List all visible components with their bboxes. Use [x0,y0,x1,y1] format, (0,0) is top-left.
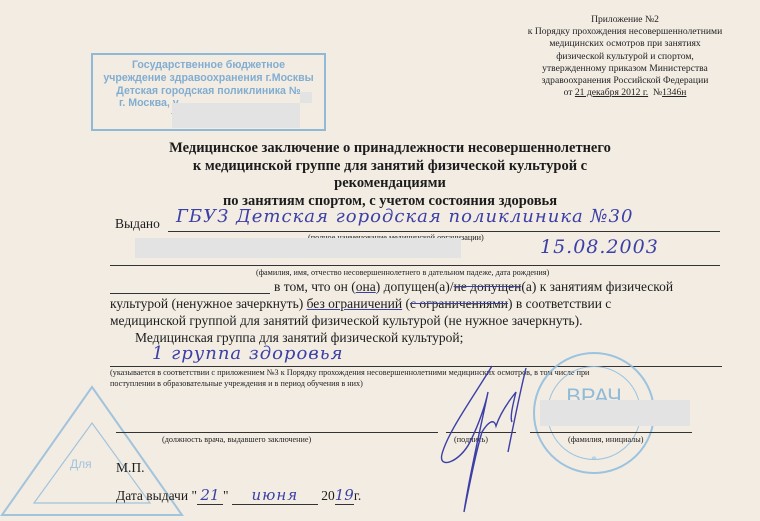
group-value: 1 группа здоровья [152,343,344,364]
signature-icon [430,362,540,521]
position-line [116,431,438,433]
patient-line [110,264,720,266]
issue-date: Дата выдачи "21" июня 2019г. [116,486,361,505]
group-line: медицинской группой для занятий физическ… [110,312,583,329]
name-caption: (фамилия, инициалы) [568,435,643,445]
issue-year: 19 [335,486,354,505]
appendix-line: здравоохранения Российской Федерации [505,75,745,87]
patient-caption: (фамилия, имя, отчество несовершеннолетн… [256,268,549,278]
appendix-line: утвержденному приказом Министерства [505,63,745,75]
admission-line: в том, что он (она) допущен(а)/не допуще… [274,278,734,295]
appendix-header: Приложение №2 к Порядку прохождения несо… [505,14,745,99]
issued-to-value: ГБУЗ Детская городская поликлиника №30 [176,206,633,227]
issue-month: июня [232,486,318,505]
redaction-box [300,92,312,103]
redaction-box [135,238,461,258]
order-date: 21 декабря 2012 г. [575,87,648,98]
appendix-order: от 21 декабря 2012 г. №1346н [505,87,745,99]
restriction-line: культурой (ненужное зачеркнуть) без огра… [110,295,735,312]
blank-line [110,292,270,294]
star-icon: * [535,454,653,466]
appendix-line: физической культурой и спортом, [505,51,745,63]
appendix-line: медицинских осмотров при занятиях [505,38,745,50]
position-caption: (должность врача, выдавшего заключение) [162,435,311,445]
order-number: 1346н [662,87,686,98]
appendix-line: Приложение №2 [505,14,745,26]
issue-day: 21 [197,486,223,505]
redaction-box [172,103,300,128]
document-title: Медицинское заключение о принадлежности … [150,140,630,210]
issued-to-label: Выдано [115,216,160,232]
appendix-line: к Порядку прохождения несовершеннолетним… [505,26,745,38]
name-line [530,431,692,433]
redaction-box [540,400,690,426]
birth-date: 15.08.2003 [540,236,659,258]
issued-to-line [168,230,720,232]
seal-label: М.П. [116,460,145,476]
